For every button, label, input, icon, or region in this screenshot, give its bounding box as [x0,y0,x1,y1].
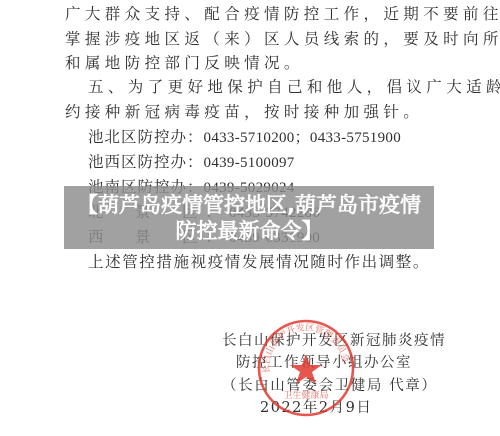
article-title-line2: 防控最新命令】 [176,218,323,244]
paragraph-line: 和属地防控部门反映情况。 [65,53,304,73]
article-title-line1: 【葫芦岛疫情管控地区,葫芦岛市疫情 [77,192,421,218]
contact-label: 池西区防控办： [88,153,204,171]
signature-date: 2022年2月9日 [260,396,372,417]
contact-label: 池北区防控办： [88,128,204,146]
signature-org-line1: 长白山保护开发区新冠肺炎疫情 [222,329,446,350]
contact-number: 0433-5710200；0433-5751900 [204,130,402,146]
paragraph-line: 掌握涉疫地区返（来）区人员线索的，要及时向所在社区（村） [65,29,500,49]
contact-number: 0439-5100097 [204,155,295,171]
contact-row: 池北区防控办：0433-5710200；0433-5751900 [88,127,401,148]
closing-note: 上述管控措施视疫情发展情况随时作出调整。 [88,252,430,272]
paragraph-line: 广大群众支持、配合疫情防控工作，近期不要前往上述涉疫地区， [65,4,500,24]
contact-row: 池西区防控办：0439-5100097 [88,152,295,173]
signature-org-line2: 防控工作领导小组办公室 [236,351,412,372]
signature-org-line3: （长白山管委会卫健局 代章） [222,374,438,395]
paragraph-line: 约接种新冠病毒疫苗，按时接种加强针。 [65,102,423,122]
paragraph-line: 五、为了更好地保护自己和他人，倡议广大适龄群众及早预 [88,77,500,97]
article-title: 【葫芦岛疫情管控地区,葫芦岛市疫情 防控最新命令】 [64,186,434,249]
